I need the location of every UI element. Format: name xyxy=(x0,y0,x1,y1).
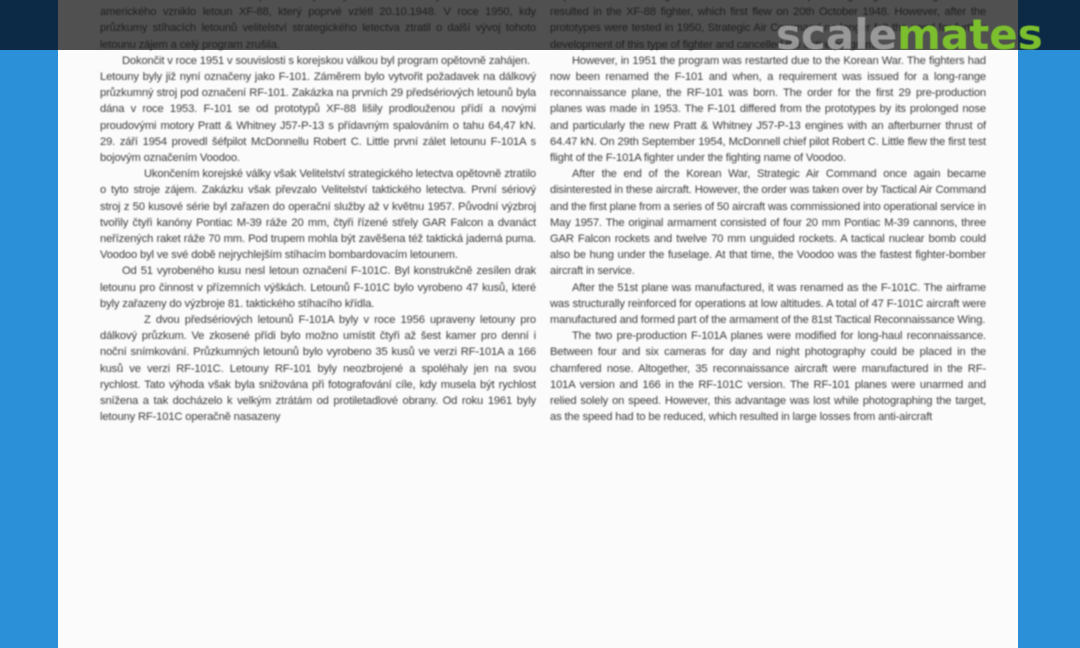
paragraph: Od 51 vyrobeného kusu nesl letoun označe… xyxy=(100,263,536,312)
paragraph: After the end of the Korean War, Strateg… xyxy=(550,166,986,279)
english-text-column: requirements of Strategic Air Command to… xyxy=(550,0,986,425)
paragraph: Z dvou předsériových letounů F-101A byly… xyxy=(100,312,536,425)
czech-text-column: trvale se nedařilo dosáhnout požadovanýc… xyxy=(100,0,536,425)
paragraph: Letouny byly již nyní označeny jako F-10… xyxy=(100,69,536,166)
paragraph: However, in 1951 the program was restart… xyxy=(550,53,986,166)
left-blue-border xyxy=(0,0,58,648)
paragraph: The two pre-production F-101A planes wer… xyxy=(550,328,986,425)
watermark-scale-text: scale xyxy=(776,10,897,59)
paragraph: After the 51st plane was manufactured, i… xyxy=(550,280,986,329)
scalemates-watermark-logo: scalemates xyxy=(776,12,1043,58)
paragraph: Ukončením korejské války však Velitelstv… xyxy=(100,166,536,263)
watermark-mates-text: mates xyxy=(897,10,1043,59)
paragraph: Dokončit v roce 1951 v souvislosti s kor… xyxy=(100,53,536,69)
top-band-left-edge xyxy=(0,0,58,50)
scanned-instruction-page: trvale se nedařilo dosáhnout požadovanýc… xyxy=(58,0,1018,648)
right-blue-border xyxy=(1018,0,1080,648)
